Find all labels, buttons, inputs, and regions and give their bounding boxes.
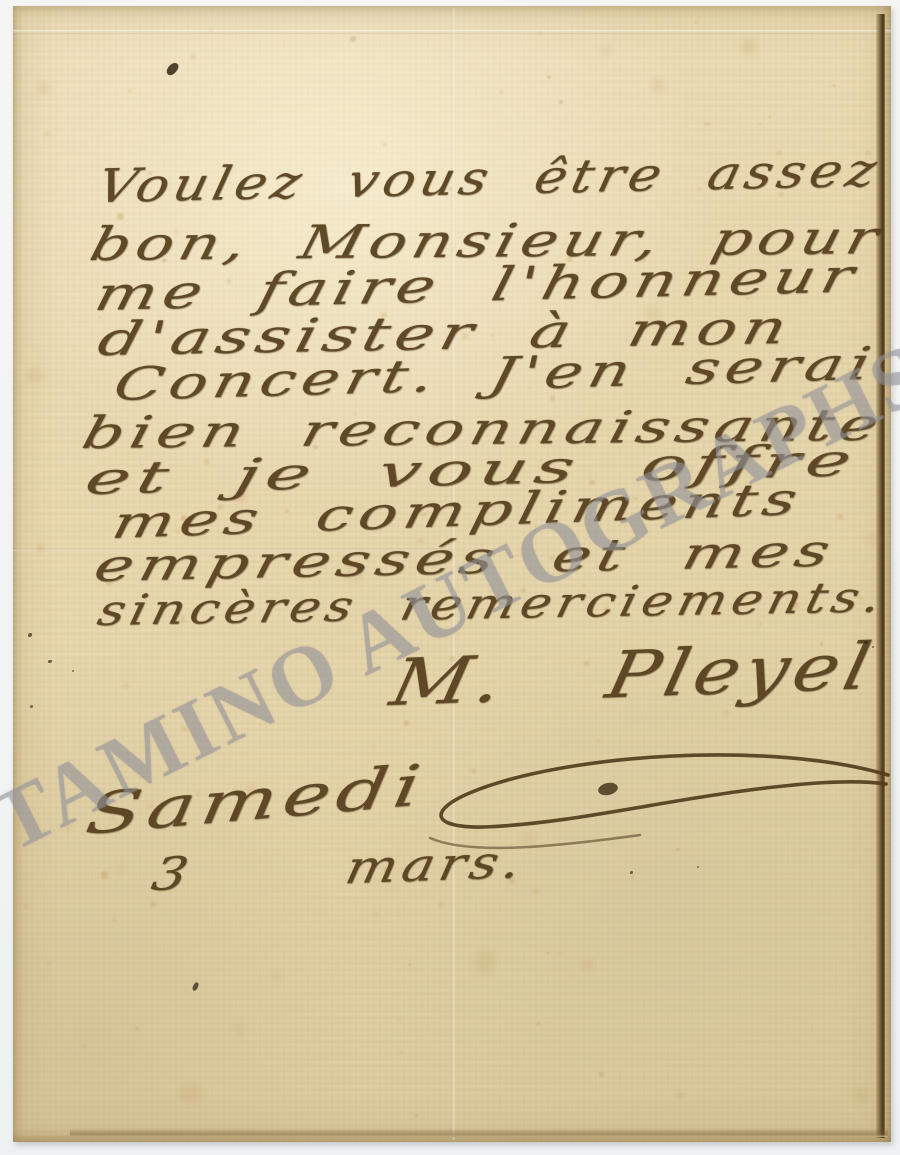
scanned-letter: Voulez vous être assez bon, Monsieur, po…	[0, 0, 900, 1155]
date-date-line: 3 mars.	[148, 839, 530, 897]
